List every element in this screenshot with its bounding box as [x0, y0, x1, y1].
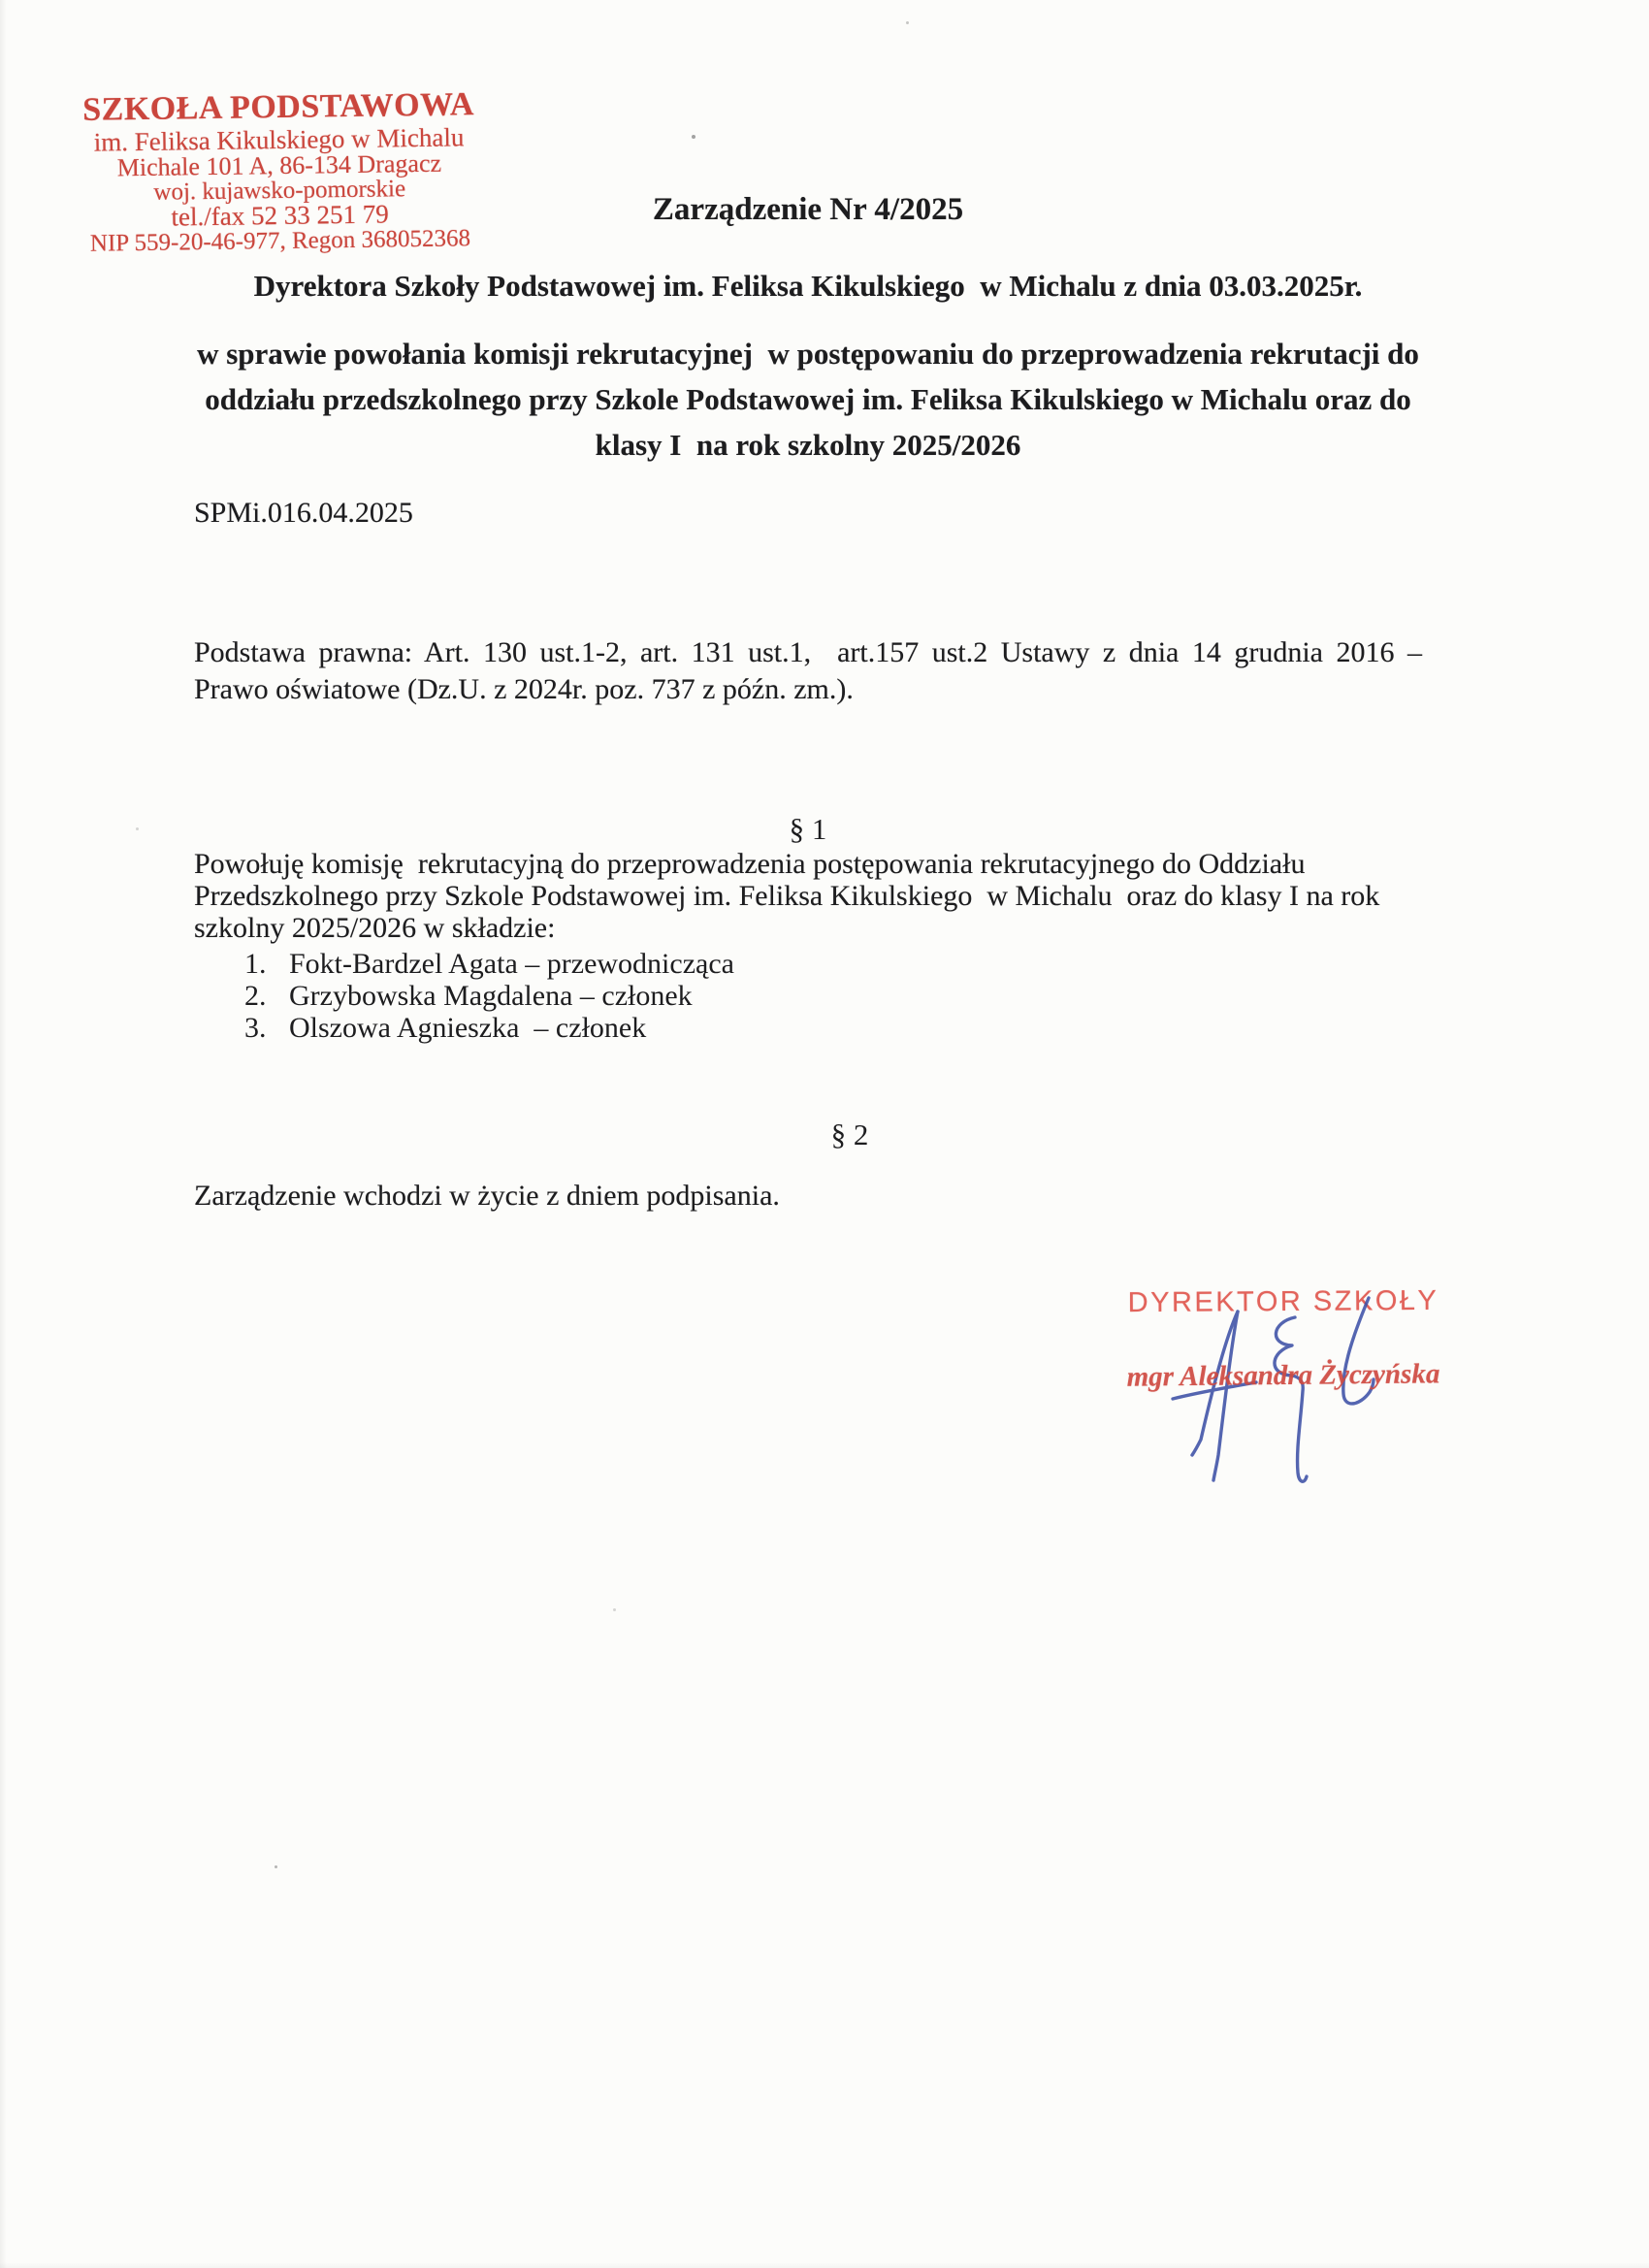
school-stamp: SZKOŁA PODSTAWOWA im. Feliksa Kikulskieg… — [59, 88, 500, 256]
stamp-school-name: SZKOŁA PODSTAWOWA — [59, 88, 498, 127]
section-2-heading: § 2 — [194, 1118, 1422, 1152]
list-item-number: 2. — [244, 980, 289, 1012]
document-subtitle: Dyrektora Szkoły Podstawowej im. Feliksa… — [194, 269, 1422, 304]
section-1-body-line: Powołuję komisję rekrutacyjną do przepro… — [194, 848, 1422, 880]
list-item-number: 3. — [244, 1012, 289, 1044]
scan-speck — [136, 827, 139, 830]
scan-speck — [692, 135, 695, 139]
subject-line: oddziału przedszkolnego przy Szkole Pods… — [194, 376, 1422, 422]
subject-line: w sprawie powołania komisji rekrutacyjne… — [194, 331, 1422, 376]
director-name-stamp: mgr Aleksandra Życzyńska — [1094, 1358, 1472, 1394]
list-item-number: 1. — [244, 948, 289, 980]
scan-speck — [906, 21, 909, 24]
scan-speck — [613, 1608, 616, 1611]
committee-members-list: 1.Fokt-Bardzel Agata – przewodnicząca 2.… — [194, 948, 1422, 1044]
legal-basis: Podstawa prawna: Art. 130 ust.1-2, art. … — [194, 634, 1422, 708]
list-item: 1.Fokt-Bardzel Agata – przewodnicząca — [244, 948, 1422, 980]
section-1-heading: § 1 — [194, 812, 1422, 847]
document-title: Zarządzenie Nr 4/2025 — [194, 192, 1422, 228]
subject-line: klasy I na rok szkolny 2025/2026 — [194, 422, 1422, 468]
list-item: 3.Olszowa Agnieszka – członek — [244, 1012, 1422, 1044]
section-2-body: Zarządzenie wchodzi w życie z dniem podp… — [194, 1180, 1422, 1213]
section-1-body-line: Przedszkolnego przy Szkole Podstawowej i… — [194, 880, 1422, 912]
reference-number: SPMi.016.04.2025 — [194, 497, 1422, 530]
scanned-document-page: SZKOŁA PODSTAWOWA im. Feliksa Kikulskieg… — [0, 0, 1649, 2268]
list-item-text: Fokt-Bardzel Agata – przewodnicząca — [289, 948, 734, 980]
section-1-body: Powołuję komisję rekrutacyjną do przepro… — [194, 848, 1422, 944]
scan-speck — [275, 1865, 277, 1868]
list-item: 2.Grzybowska Magdalena – członek — [244, 980, 1422, 1012]
legal-basis-line: Prawo oświatowe (Dz.U. z 2024r. poz. 737… — [194, 671, 1422, 708]
legal-basis-line: Podstawa prawna: Art. 130 ust.1-2, art. … — [194, 634, 1422, 671]
list-item-text: Olszowa Agnieszka – członek — [289, 1012, 646, 1044]
stamp-nip-regon: NIP 559-20-46-977, Regon 368052368 — [61, 226, 500, 256]
section-1-body-line: szkolny 2025/2026 w składzie: — [194, 912, 1422, 944]
document-subject: w sprawie powołania komisji rekrutacyjne… — [194, 331, 1422, 468]
list-item-text: Grzybowska Magdalena – członek — [289, 980, 693, 1012]
